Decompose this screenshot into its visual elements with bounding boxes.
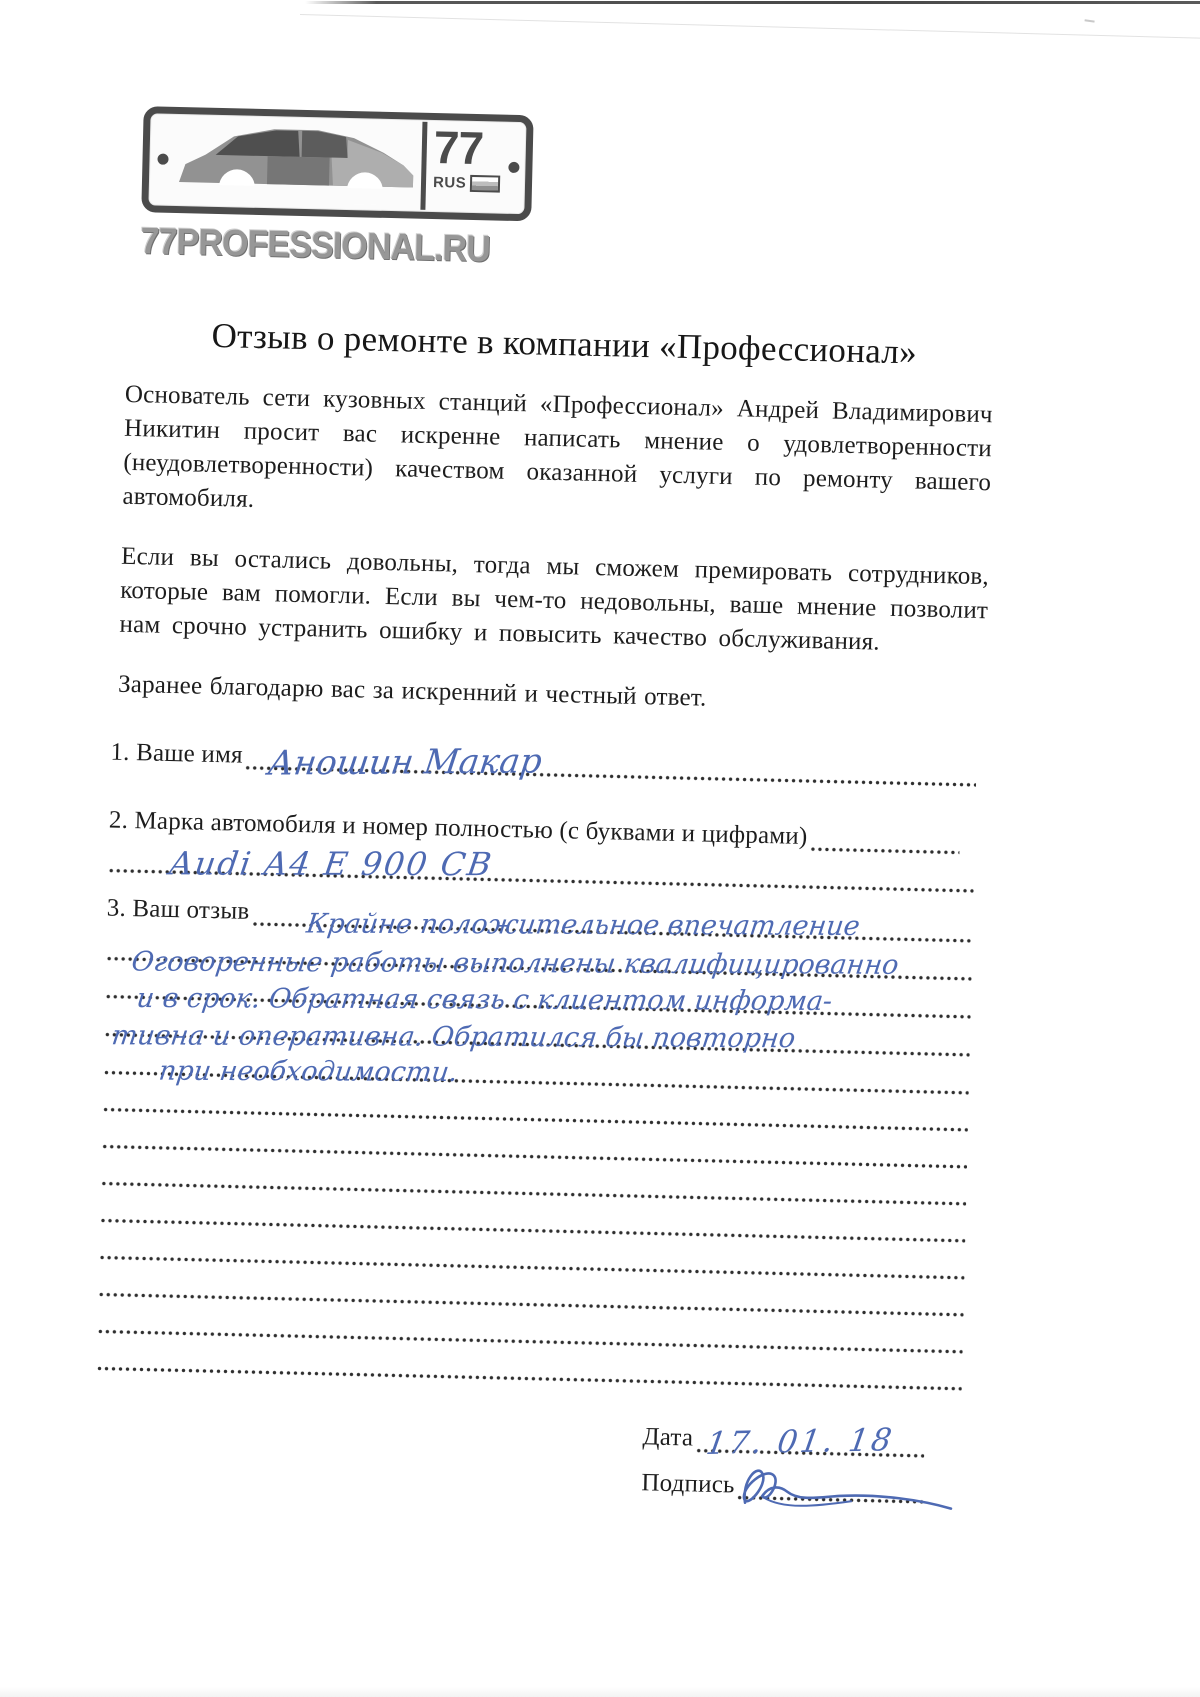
dotted-answer-line (244, 741, 976, 788)
page-title: Отзыв о ремонте в компании «Профессионал… (120, 314, 1009, 375)
signature-label: Подпись (641, 1468, 737, 1500)
plate-region-block: 77 RUS (420, 122, 506, 212)
empty-review-lines (96, 1075, 991, 1392)
signature-scribble (729, 1454, 960, 1525)
scan-bottom-shadow (0, 1687, 1200, 1697)
question-review-label: 3. Ваш отзыв (106, 894, 251, 927)
dotted-answer-line (809, 822, 960, 856)
date-row: Дата 17. 01. 18 (642, 1406, 925, 1459)
question-name-label: 1. Ваше имя (110, 738, 245, 771)
plate-region-code: RUS (433, 174, 467, 192)
signature-row: Подпись (641, 1452, 924, 1505)
scan-artifact-mark (1084, 13, 1095, 22)
bonus-paragraph: Если вы остались довольны, тогда мы смож… (119, 540, 989, 662)
scanned-document-page: 77 RUS 77PROFESSIONAL.RU Отзыв о ремонте… (93, 96, 1014, 1507)
license-plate-frame: 77 RUS (141, 106, 533, 221)
car-silhouette-icon (175, 120, 425, 206)
bolt-hole-icon (157, 154, 168, 165)
logo-website-text: 77PROFESSIONAL.RU (140, 220, 500, 270)
thanks-line: Заранее благодарю вас за искренний и чес… (118, 668, 987, 722)
plate-number: 77 (433, 122, 506, 174)
scan-crease-line (300, 14, 1200, 39)
company-logo: 77 RUS 77PROFESSIONAL.RU (140, 106, 534, 271)
bolt-hole-icon (508, 162, 519, 173)
question-name-row: 1. Ваше имя Аношин Макар (110, 724, 977, 788)
date-signature-block: Дата 17. 01. 18 Подпись (641, 1406, 925, 1505)
date-label: Дата (642, 1422, 695, 1453)
intro-paragraph: Основатель сети кузовных станций «Профес… (122, 378, 993, 534)
flag-icon (470, 175, 500, 193)
scan-edge-line (305, 1, 1200, 4)
